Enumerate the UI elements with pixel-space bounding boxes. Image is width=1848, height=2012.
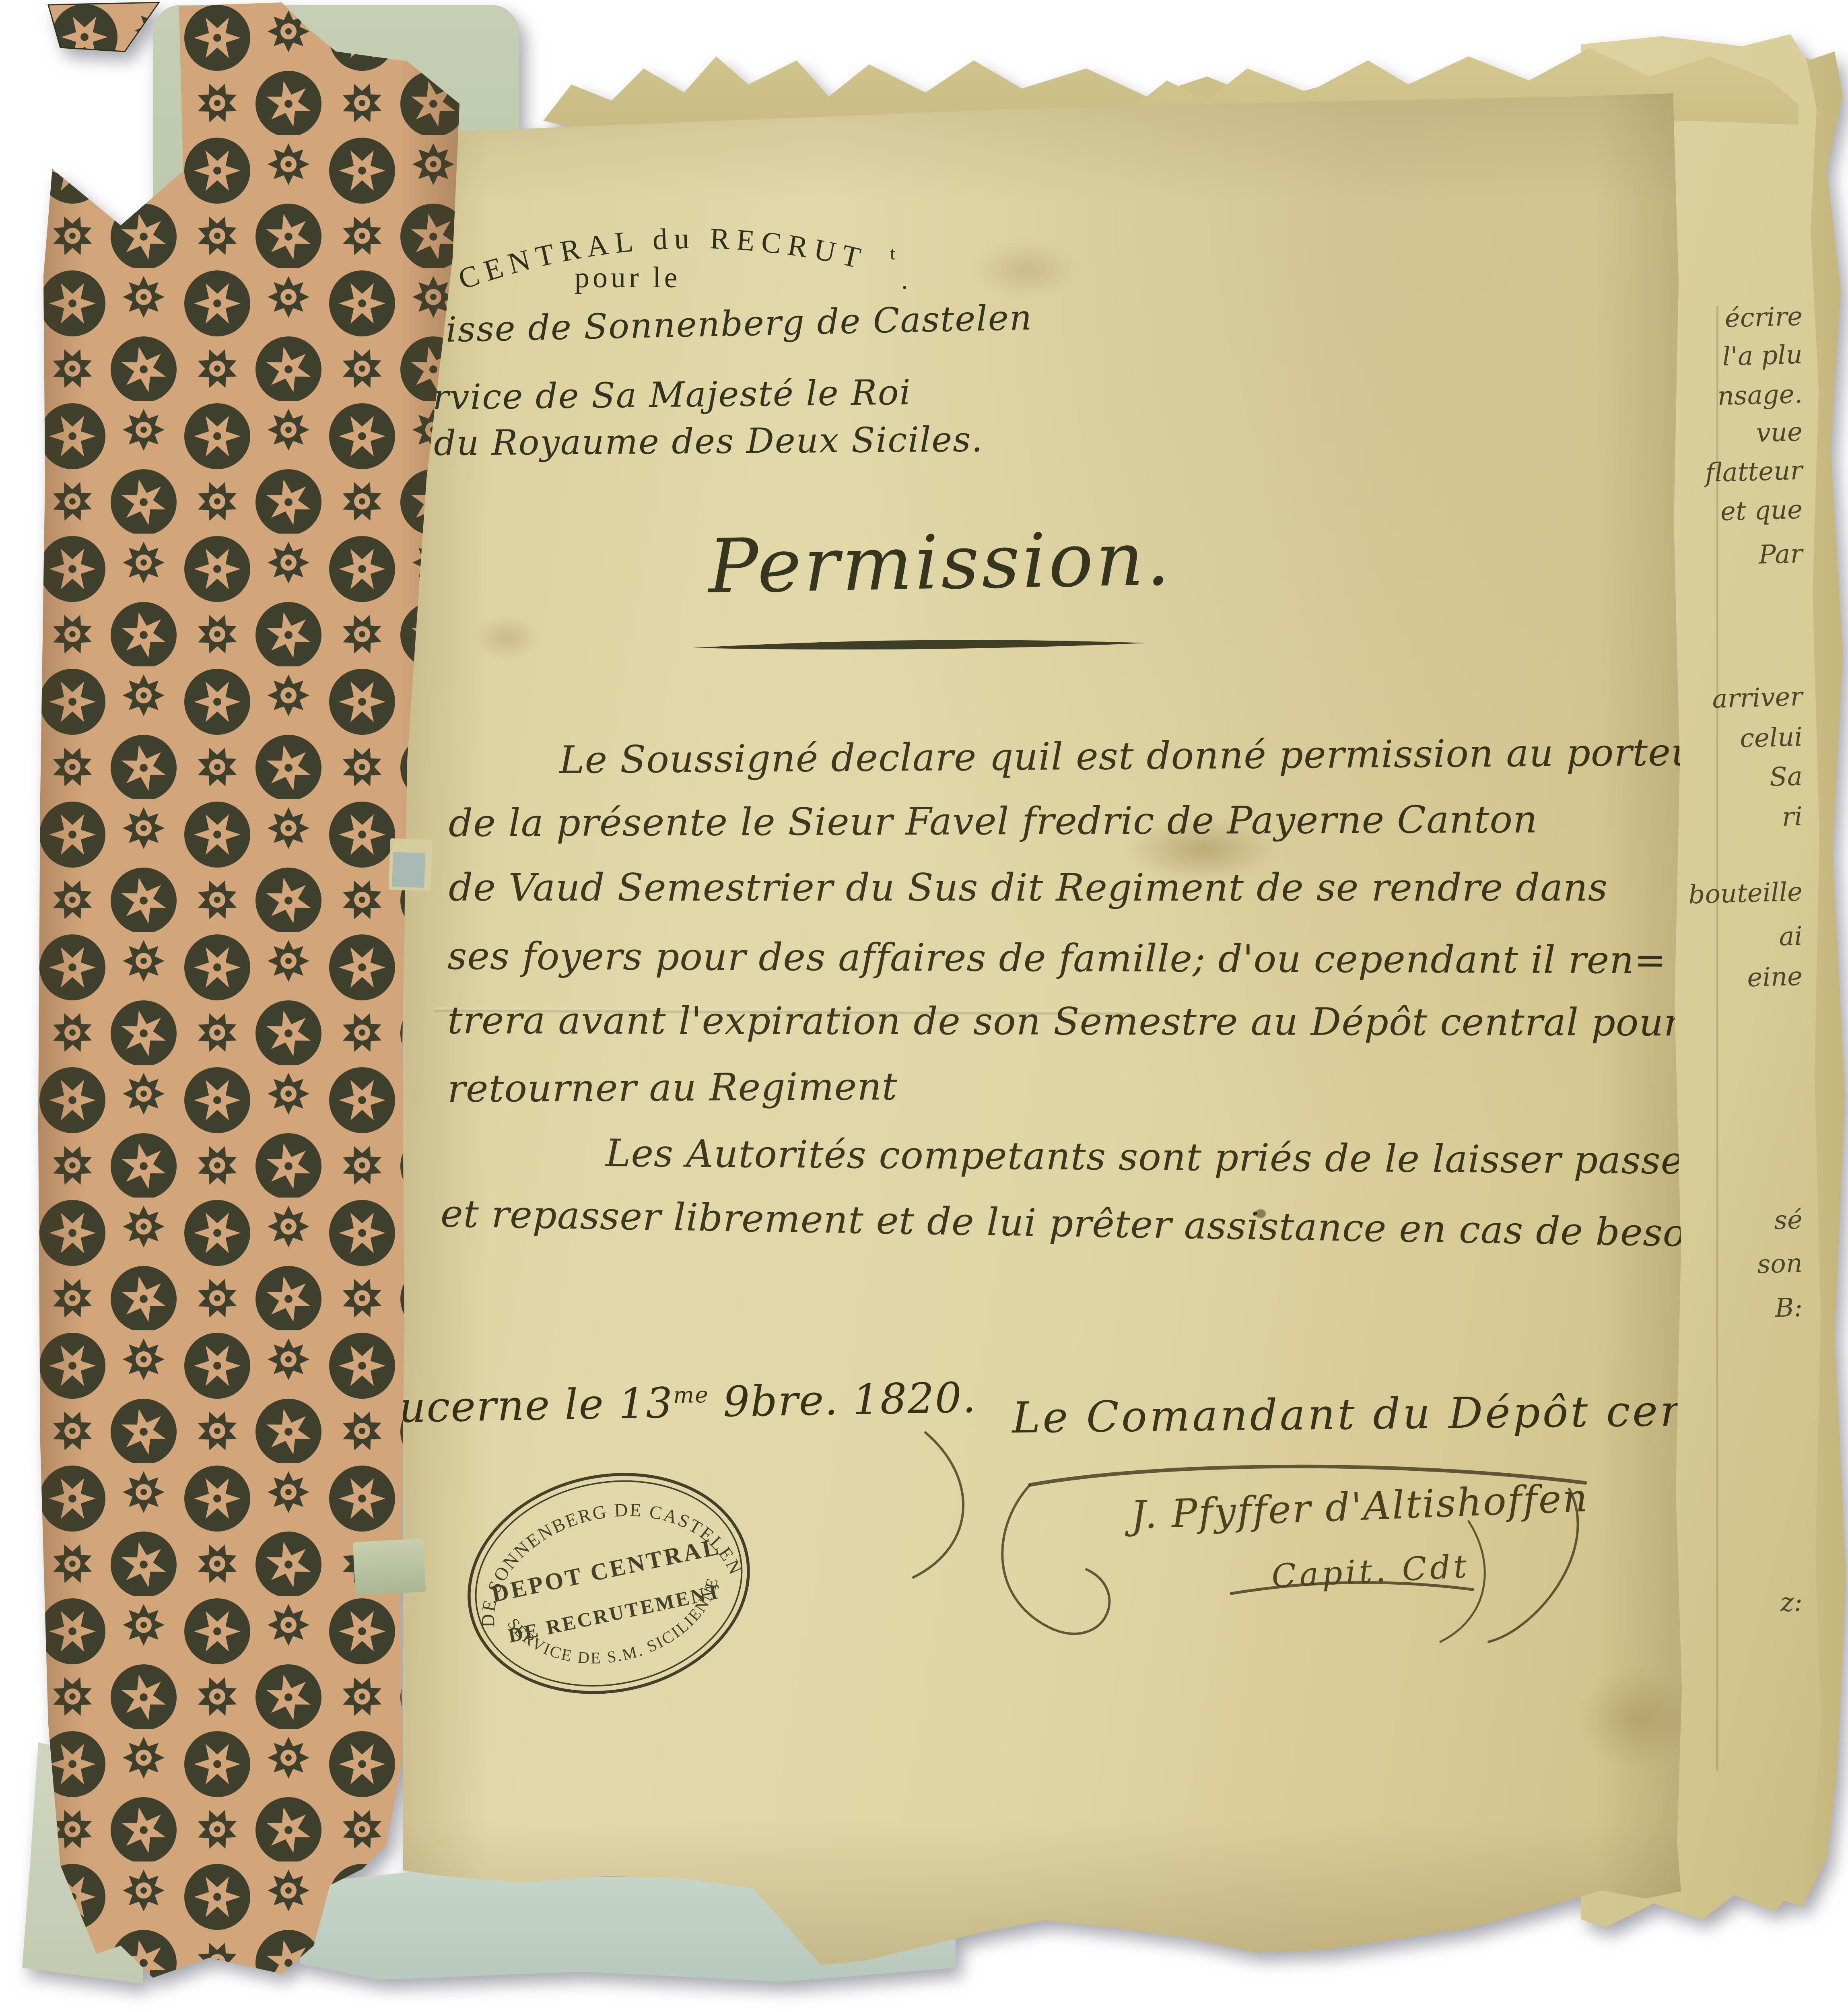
stain xyxy=(974,241,1078,298)
stain xyxy=(475,616,539,660)
paper-stack: écrirel'a plunsage.vueflatteuret quePara… xyxy=(0,0,1848,2012)
handwriting-line: ses foyers pour des affaires de famille;… xyxy=(447,934,1667,983)
signature-flourishes xyxy=(966,1433,1650,1690)
header-subline: pour le xyxy=(575,261,681,295)
dateline-place-day: Lucerne le 13 xyxy=(370,1378,674,1433)
dateline-superscript: me xyxy=(673,1382,709,1408)
handwriting-line: Les Autorités competants sont priés de l… xyxy=(606,1132,1702,1183)
handwriting-line: Le Soussigné declare quil est donné perm… xyxy=(559,730,1714,782)
handwriting-line: de Vaud Semestrier du Sus dit Regiment d… xyxy=(449,866,1608,910)
tape-tab-inner xyxy=(392,852,425,888)
tape-tab xyxy=(353,1539,426,1596)
header-arch-period: . xyxy=(901,266,908,295)
header-arch-superscript: t xyxy=(890,243,895,264)
page-title: Permission. xyxy=(707,515,1173,610)
handwriting-line: retourner au Regiment xyxy=(447,1065,898,1111)
handwriting-line: trera avant l'expiration de son Semestre… xyxy=(447,999,1682,1045)
title-underline-flourish xyxy=(684,632,1159,660)
handwriting-line: de la présente le Sieur Favel fredric de… xyxy=(449,798,1538,845)
tape-tab xyxy=(389,838,433,891)
header-script-line: du Royaume des Deux Siciles. xyxy=(434,419,983,464)
strip-corner-wedge xyxy=(46,2,163,56)
header-script-line: rvice de Sa Majesté le Roi xyxy=(432,373,911,418)
